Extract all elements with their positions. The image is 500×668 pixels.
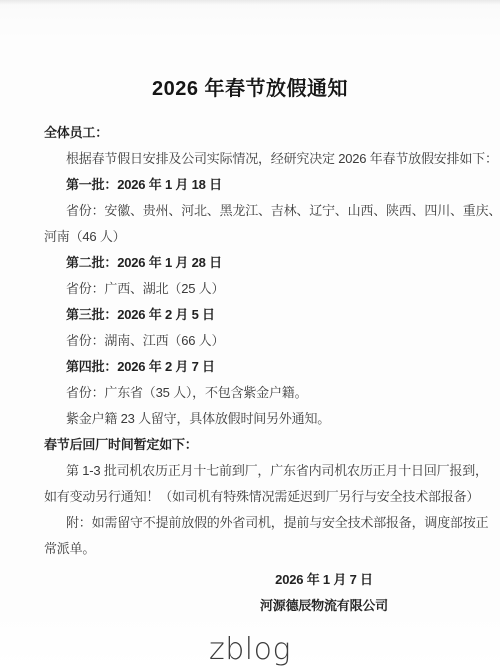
photo-edge-shadow	[0, 0, 500, 5]
signature-date: 2026 年 1 月 7 日	[260, 567, 388, 593]
watermark-text: zblog	[0, 632, 500, 668]
attachment-line2: 常派单。	[44, 536, 484, 562]
notice-document-photo: 2026 年春节放假通知 全体员工： 根据春节假日安排及公司实际情况，经研究决定…	[0, 0, 500, 668]
batch2-provinces: 省份：广西、湖北（25 人）	[44, 276, 484, 302]
intro-paragraph: 根据春节假日安排及公司实际情况，经研究决定 2026 年春节放假安排如下：	[44, 146, 484, 172]
batch1-provinces-line1: 省份：安徽、贵州、河北、黑龙江、吉林、辽宁、山西、陕西、四川、重庆、	[44, 198, 484, 224]
attachment-line1: 附：如需留守不提前放假的外省司机，提前与安全技术部报备，调度部按正	[44, 510, 484, 536]
return-paragraph-line1: 第 1-3 批司机农历正月十七前到厂，广东省内司机农历正月十日回厂报到，	[44, 458, 484, 484]
batch3-heading: 第三批：2026 年 2 月 5 日	[44, 302, 484, 328]
batch4-heading: 第四批：2026 年 2 月 7 日	[44, 354, 484, 380]
batch1-provinces-line2: 河南（46 人）	[44, 224, 484, 250]
stay-note: 紫金户籍 23 人留守，具体放假时间另外通知。	[44, 406, 484, 432]
batch2-heading: 第二批：2026 年 1 月 28 日	[44, 250, 484, 276]
return-paragraph-line2: 如有变动另行通知！（如司机有特殊情况需延迟到厂另行与安全技术部报备）	[44, 484, 484, 510]
batch1-heading: 第一批：2026 年 1 月 18 日	[44, 172, 484, 198]
batch3-provinces: 省份：湖南、江西（66 人）	[44, 328, 484, 354]
return-section-heading: 春节后回厂时间暂定如下：	[44, 432, 484, 458]
signature-company: 河源德辰物流有限公司	[260, 593, 388, 619]
salutation: 全体员工：	[44, 120, 484, 146]
batch4-provinces: 省份：广东省（35 人），不包含紫金户籍。	[44, 380, 484, 406]
document-title: 2026 年春节放假通知	[0, 0, 500, 102]
signature-block: 2026 年 1 月 7 日 河源德辰物流有限公司	[260, 567, 388, 619]
